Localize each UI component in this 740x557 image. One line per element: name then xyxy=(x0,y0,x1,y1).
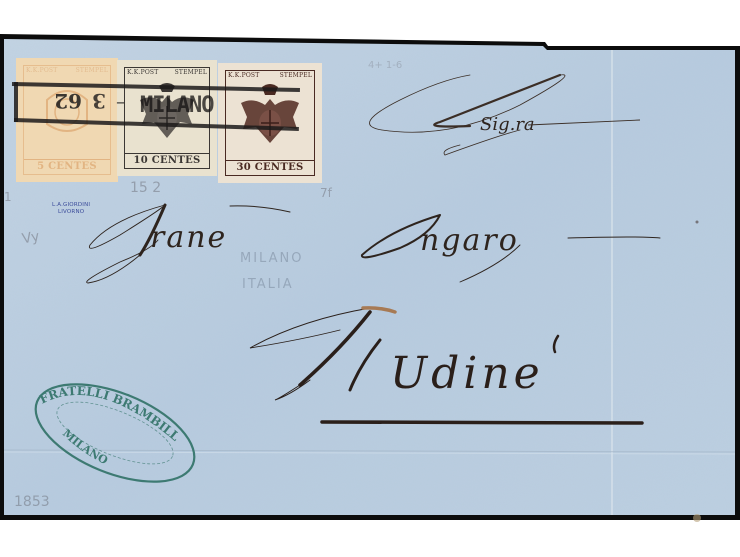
city-name: Udine xyxy=(390,348,544,399)
oval-handstamp: FRATELLI BRAMBILLA MILANO xyxy=(28,374,202,492)
stamped-cover: K.K.POST STEMPEL 5 CENTES K.K.POST STEMP… xyxy=(0,0,740,557)
salutation-script xyxy=(370,75,565,155)
address-name-last: ngaro xyxy=(420,223,519,258)
city-underline xyxy=(322,422,642,423)
address-name-first: rane xyxy=(150,220,227,255)
salutation-text: Sig.ra xyxy=(480,114,535,135)
oval-bottom-text: MILANO xyxy=(60,427,110,468)
